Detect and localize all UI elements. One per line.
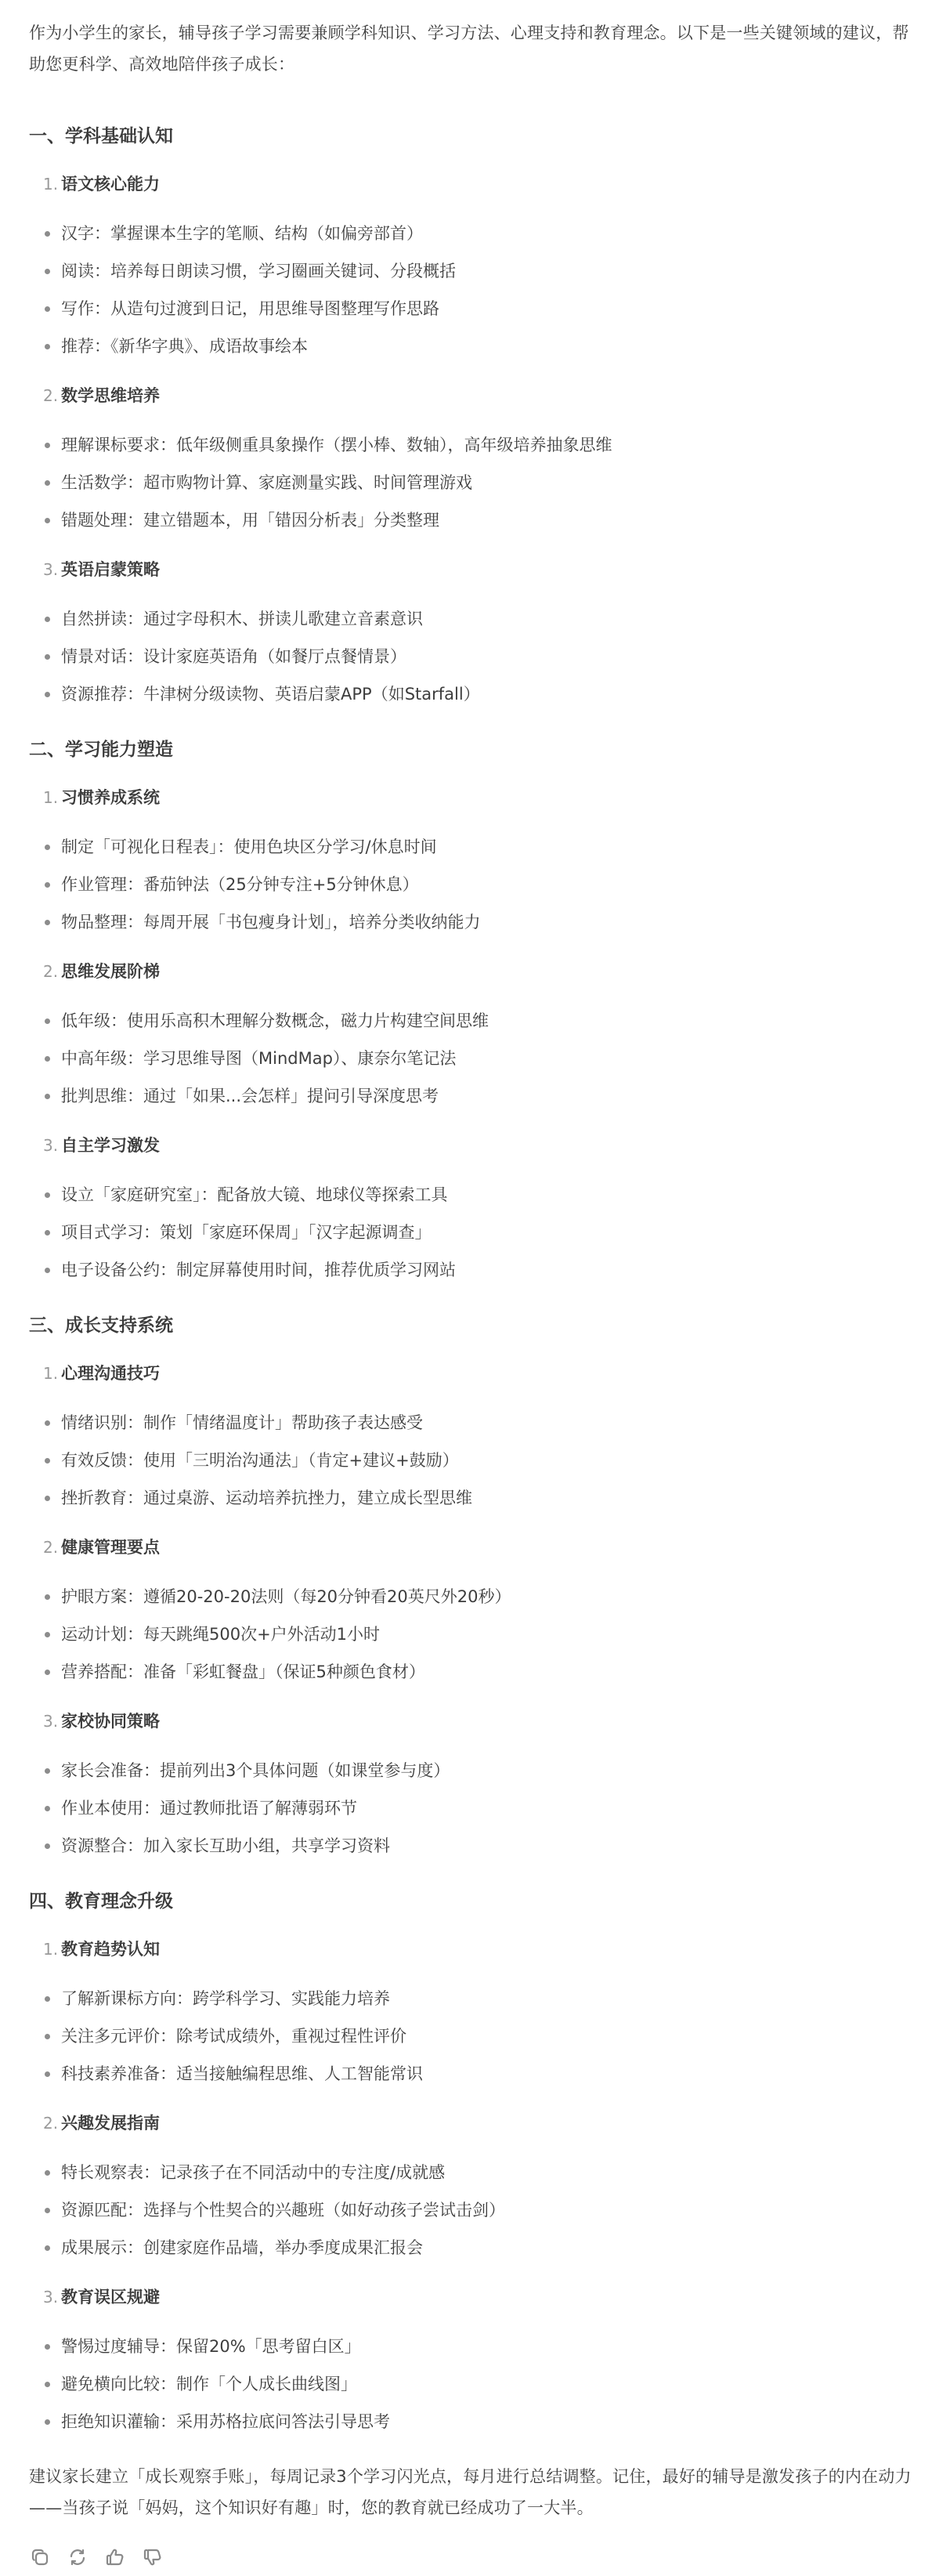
subheading-title: 英语启蒙策略 [61,558,160,581]
list-item-text: 制定「可视化日程表」：使用色块区分学习/休息时间 [61,838,437,856]
bullet-list: 低年级：使用乐高积木理解分数概念，磁力片构建空间思维中高年级：学习思维导图（Mi… [29,1009,912,1108]
list-item-text: 批判思维：通过「如果...会怎样」提问引导深度思考 [61,1087,439,1105]
subheading-title: 习惯养成系统 [61,786,160,809]
list-item-text: 挫折教育：通过桌游、运动培养抗挫力，建立成长型思维 [61,1489,472,1507]
list-item: 低年级：使用乐高积木理解分数概念，磁力片构建空间思维 [29,1009,912,1033]
list-item: 项目式学习：策划「家庭环保周」「汉字起源调查」 [29,1221,912,1244]
list-item: 关注多元评价：除考试成绩外，重视过程性评价 [29,2024,912,2048]
section: 四、教育理念升级1.教育趋势认知了解新课标方向：跨学科学习、实践能力培养关注多元… [29,1889,912,2433]
list-item-text: 理解课标要求：低年级侧重具象操作（摆小棒、数轴），高年级培养抽象思维 [61,436,612,454]
bullet-dot-icon [45,2382,50,2387]
bullet-dot-icon [45,2245,50,2251]
bullet-dot-icon [45,1230,50,1236]
bullet-dot-icon [45,2419,50,2425]
bullet-dot-icon [45,1670,50,1675]
list-item-text: 警惕过度辅导：保留20%「思考留白区」 [61,2337,361,2356]
bullet-dot-icon [45,1018,50,1024]
list-item-text: 科技素养准备：适当接触编程思维、人工智能常识 [61,2064,423,2083]
numbered-subheading: 2.健康管理要点 [43,1536,912,1559]
copy-icon [30,2547,50,2567]
bullet-list: 汉字：掌握课本生字的笔顺、结构（如偏旁部首）阅读：培养每日朗读习惯，学习圈画关键… [29,222,912,358]
list-number: 3. [43,1134,61,1157]
list-item: 生活数学：超市购物计算、家庭测量实践、时间管理游戏 [29,471,912,494]
list-item: 情景对话：设计家庭英语角（如餐厅点餐情景） [29,645,912,668]
list-item: 错题处理：建立错题本，用「错因分析表」分类整理 [29,508,912,532]
bullet-list: 自然拼读：通过字母积木、拼读儿歌建立音素意识情景对话：设计家庭英语角（如餐厅点餐… [29,607,912,706]
numbered-subheading: 1.语文核心能力 [43,172,912,196]
list-item: 写作：从造句过渡到日记，用思维导图整理写作思路 [29,297,912,320]
list-item: 成果展示：创建家庭作品墙，举办季度成果汇报会 [29,2236,912,2259]
list-item: 情绪识别：制作「情绪温度计」帮助孩子表达感受 [29,1411,912,1435]
bullet-dot-icon [45,1268,50,1273]
list-item-text: 生活数学：超市购物计算、家庭测量实践、时间管理游戏 [61,473,472,492]
list-item: 科技素养准备：适当接触编程思维、人工智能常识 [29,2062,912,2086]
list-item: 理解课标要求：低年级侧重具象操作（摆小棒、数轴），高年级培养抽象思维 [29,433,912,457]
bullet-dot-icon [45,306,50,312]
list-item-text: 作业管理：番茄钟法（25分钟专注+5分钟休息） [61,875,419,894]
list-item-text: 运动计划：每天跳绳500次+户外活动1小时 [61,1625,380,1644]
subheading-title: 教育误区规避 [61,2285,160,2309]
subheading-title: 自主学习激发 [61,1134,160,1157]
list-item-text: 项目式学习：策划「家庭环保周」「汉字起源调查」 [61,1223,432,1242]
list-item: 营养搭配：准备「彩虹餐盘」（保证5种颜色食材） [29,1660,912,1684]
list-item: 特长观察表：记录孩子在不同活动中的专注度/成就感 [29,2161,912,2184]
list-number: 1. [43,786,61,809]
list-item-text: 关注多元评价：除考试成绩外，重视过程性评价 [61,2027,406,2046]
numbered-subheading: 3.教育误区规避 [43,2285,912,2309]
list-item: 了解新课标方向：跨学科学习、实践能力培养 [29,1987,912,2010]
list-number: 1. [43,172,61,196]
assistant-message: 作为小学生的家长，辅导孩子学习需要兼顾学科知识、学习方法、心理支持和教育理念。以… [0,0,932,2567]
list-number: 2. [43,1536,61,1559]
list-item: 物品整理：每周开展「书包瘦身计划」，培养分类收纳能力 [29,910,912,934]
intro-paragraph: 作为小学生的家长，辅导孩子学习需要兼顾学科知识、学习方法、心理支持和教育理念。以… [29,17,912,80]
list-item: 挫折教育：通过桌游、运动培养抗挫力，建立成长型思维 [29,1486,912,1510]
list-item: 推荐：《新华字典》、成语故事绘本 [29,335,912,358]
list-item: 运动计划：每天跳绳500次+户外活动1小时 [29,1623,912,1646]
list-item-text: 电子设备公约：制定屏幕使用时间，推荐优质学习网站 [61,1261,456,1279]
bullet-dot-icon [45,882,50,888]
list-item-text: 家长会准备：提前列出3个具体问题（如课堂参与度） [61,1761,450,1780]
list-item-text: 作业本使用：通过教师批语了解薄弱环节 [61,1799,357,1818]
list-item: 资源整合：加入家长互助小组，共享学习资料 [29,1834,912,1858]
list-item: 汉字：掌握课本生字的笔顺、结构（如偏旁部首） [29,222,912,245]
bullet-dot-icon [45,845,50,850]
numbered-subheading: 1.教育趋势认知 [43,1937,912,1961]
copy-button[interactable] [30,2547,50,2567]
list-item: 自然拼读：通过字母积木、拼读儿歌建立音素意识 [29,607,912,631]
list-item: 电子设备公约：制定屏幕使用时间，推荐优质学习网站 [29,1258,912,1282]
list-item-text: 避免横向比较：制作「个人成长曲线图」 [61,2375,357,2393]
sections-container: 一、学科基础认知1.语文核心能力汉字：掌握课本生字的笔顺、结构（如偏旁部首）阅读… [29,80,912,2433]
list-item: 家长会准备：提前列出3个具体问题（如课堂参与度） [29,1759,912,1782]
list-item-text: 情绪识别：制作「情绪温度计」帮助孩子表达感受 [61,1413,423,1432]
list-item: 设立「家庭研究室」：配备放大镜、地球仪等探索工具 [29,1183,912,1207]
numbered-subheading: 1.心理沟通技巧 [43,1362,912,1385]
list-item-text: 自然拼读：通过字母积木、拼读儿歌建立音素意识 [61,610,423,628]
subheading-title: 家校协同策略 [61,1709,160,1733]
bullet-dot-icon [45,1420,50,1426]
list-item: 资源推荐：牛津树分级读物、英语启蒙APP（如Starfall） [29,682,912,706]
list-item-text: 资源整合：加入家长互助小组，共享学习资料 [61,1836,390,1855]
bullet-dot-icon [45,1192,50,1198]
section-heading: 四、教育理念升级 [29,1889,912,1914]
like-button[interactable] [105,2547,125,2567]
list-item-text: 设立「家庭研究室」：配备放大镜、地球仪等探索工具 [61,1185,448,1204]
bullet-dot-icon [45,654,50,660]
subheading-title: 健康管理要点 [61,1536,160,1559]
dislike-button[interactable] [143,2547,163,2567]
section: 三、成长支持系统1.心理沟通技巧情绪识别：制作「情绪温度计」帮助孩子表达感受有效… [29,1313,912,1858]
subheading-title: 思维发展阶梯 [61,960,160,983]
bullet-dot-icon [45,1594,50,1600]
thumbs-up-icon [105,2547,125,2567]
bullet-dot-icon [45,269,50,274]
section-heading: 三、成长支持系统 [29,1313,912,1338]
bullet-dot-icon [45,1843,50,1849]
bullet-dot-icon [45,2034,50,2039]
numbered-subheading: 3.英语启蒙策略 [43,558,912,581]
numbered-subheading: 3.家校协同策略 [43,1709,912,1733]
list-item-text: 推荐：《新华字典》、成语故事绘本 [61,337,308,356]
bullet-dot-icon [45,2071,50,2077]
list-item: 中高年级：学习思维导图（MindMap）、康奈尔笔记法 [29,1047,912,1070]
numbered-subheading: 2.数学思维培养 [43,384,912,407]
list-item-text: 资源匹配：选择与个性契合的兴趣班（如好动孩子尝试击剑） [61,2201,505,2220]
bullet-list: 设立「家庭研究室」：配备放大镜、地球仪等探索工具项目式学习：策划「家庭环保周」「… [29,1183,912,1282]
list-item: 护眼方案：遵循20-20-20法则（每20分钟看20英尺外20秒） [29,1585,912,1608]
list-number: 3. [43,558,61,581]
bullet-dot-icon [45,2208,50,2213]
bullet-dot-icon [45,1806,50,1811]
bullet-dot-icon [45,1094,50,1099]
bullet-dot-icon [45,2170,50,2176]
bullet-dot-icon [45,344,50,349]
subheading-title: 心理沟通技巧 [61,1362,160,1385]
bullet-list: 制定「可视化日程表」：使用色块区分学习/休息时间作业管理：番茄钟法（25分钟专注… [29,835,912,934]
list-item-text: 汉字：掌握课本生字的笔顺、结构（如偏旁部首） [61,224,423,243]
list-item: 警惕过度辅导：保留20%「思考留白区」 [29,2335,912,2358]
list-item-text: 资源推荐：牛津树分级读物、英语启蒙APP（如Starfall） [61,685,480,704]
bullet-dot-icon [45,920,50,925]
thumbs-down-icon [143,2547,163,2567]
list-item-text: 错题处理：建立错题本，用「错因分析表」分类整理 [61,511,439,530]
list-item-text: 中高年级：学习思维导图（MindMap）、康奈尔笔记法 [61,1049,456,1068]
bullet-list: 警惕过度辅导：保留20%「思考留白区」避免横向比较：制作「个人成长曲线图」拒绝知… [29,2335,912,2433]
list-item: 批判思维：通过「如果...会怎样」提问引导深度思考 [29,1084,912,1108]
list-item-text: 物品整理：每周开展「书包瘦身计划」，培养分类收纳能力 [61,913,481,932]
list-item-text: 写作：从造句过渡到日记，用思维导图整理写作思路 [61,299,439,318]
list-item-text: 成果展示：创建家庭作品墙，举办季度成果汇报会 [61,2238,423,2257]
section: 一、学科基础认知1.语文核心能力汉字：掌握课本生字的笔顺、结构（如偏旁部首）阅读… [29,124,912,706]
numbered-subheading: 2.思维发展阶梯 [43,960,912,983]
bullet-dot-icon [45,617,50,622]
bullet-dot-icon [45,1458,50,1463]
bullet-dot-icon [45,692,50,697]
numbered-subheading: 3.自主学习激发 [43,1134,912,1157]
subheading-title: 兴趣发展指南 [61,2111,160,2135]
list-item-text: 了解新课标方向：跨学科学习、实践能力培养 [61,1989,390,2008]
message-actions [29,2547,912,2567]
bullet-dot-icon [45,1056,50,1062]
list-item: 制定「可视化日程表」：使用色块区分学习/休息时间 [29,835,912,859]
bullet-list: 护眼方案：遵循20-20-20法则（每20分钟看20英尺外20秒）运动计划：每天… [29,1585,912,1684]
list-item-text: 护眼方案：遵循20-20-20法则（每20分钟看20英尺外20秒） [61,1587,511,1606]
list-item-text: 有效反馈：使用「三明治沟通法」（肯定+建议+鼓励） [61,1451,459,1470]
list-item: 避免横向比较：制作「个人成长曲线图」 [29,2372,912,2396]
bullet-dot-icon [45,1996,50,2002]
bullet-dot-icon [45,1768,50,1774]
section-heading: 二、学习能力塑造 [29,737,912,762]
list-item-text: 情景对话：设计家庭英语角（如餐厅点餐情景） [61,647,406,666]
bullet-list: 特长观察表：记录孩子在不同活动中的专注度/成就感资源匹配：选择与个性契合的兴趣班… [29,2161,912,2259]
section: 二、学习能力塑造1.习惯养成系统制定「可视化日程表」：使用色块区分学习/休息时间… [29,737,912,1282]
bullet-dot-icon [45,1632,50,1637]
subheading-title: 教育趋势认知 [61,1937,160,1961]
list-item-text: 拒绝知识灌输：采用苏格拉底问答法引导思考 [61,2412,390,2431]
bullet-dot-icon [45,2344,50,2350]
list-number: 2. [43,2111,61,2135]
list-item: 作业管理：番茄钟法（25分钟专注+5分钟休息） [29,873,912,896]
list-item: 作业本使用：通过教师批语了解薄弱环节 [29,1796,912,1820]
refresh-icon [67,2547,88,2567]
list-item: 阅读：培养每日朗读习惯，学习圈画关键词、分段概括 [29,259,912,283]
numbered-subheading: 2.兴趣发展指南 [43,2111,912,2135]
subheading-title: 语文核心能力 [61,172,160,196]
subheading-title: 数学思维培养 [61,384,160,407]
bullet-list: 家长会准备：提前列出3个具体问题（如课堂参与度）作业本使用：通过教师批语了解薄弱… [29,1759,912,1858]
bullet-list: 理解课标要求：低年级侧重具象操作（摆小棒、数轴），高年级培养抽象思维生活数学：超… [29,433,912,532]
list-number: 2. [43,960,61,983]
list-item-text: 特长观察表：记录孩子在不同活动中的专注度/成就感 [61,2163,445,2182]
conclusion-paragraph: 建议家长建立「成长观察手账」，每周记录3个学习闪光点，每月进行总结调整。记住，最… [29,2461,912,2524]
bullet-dot-icon [45,518,50,523]
list-number: 3. [43,2285,61,2309]
list-item-text: 营养搭配：准备「彩虹餐盘」（保证5种颜色食材） [61,1662,425,1681]
list-item-text: 阅读：培养每日朗读习惯，学习圈画关键词、分段概括 [61,262,456,280]
list-item: 资源匹配：选择与个性契合的兴趣班（如好动孩子尝试击剑） [29,2198,912,2222]
bullet-dot-icon [45,443,50,448]
bullet-list: 了解新课标方向：跨学科学习、实践能力培养关注多元评价：除考试成绩外，重视过程性评… [29,1987,912,2086]
list-number: 2. [43,384,61,407]
list-number: 1. [43,1937,61,1961]
list-item: 有效反馈：使用「三明治沟通法」（肯定+建议+鼓励） [29,1449,912,1472]
regenerate-button[interactable] [67,2547,88,2567]
bullet-list: 情绪识别：制作「情绪温度计」帮助孩子表达感受有效反馈：使用「三明治沟通法」（肯定… [29,1411,912,1510]
numbered-subheading: 1.习惯养成系统 [43,786,912,809]
list-number: 3. [43,1709,61,1733]
list-item-text: 低年级：使用乐高积木理解分数概念，磁力片构建空间思维 [61,1011,489,1030]
section-heading: 一、学科基础认知 [29,124,912,149]
list-item: 拒绝知识灌输：采用苏格拉底问答法引导思考 [29,2410,912,2433]
list-number: 1. [43,1362,61,1385]
bullet-dot-icon [45,1496,50,1501]
bullet-dot-icon [45,480,50,486]
bullet-dot-icon [45,231,50,237]
